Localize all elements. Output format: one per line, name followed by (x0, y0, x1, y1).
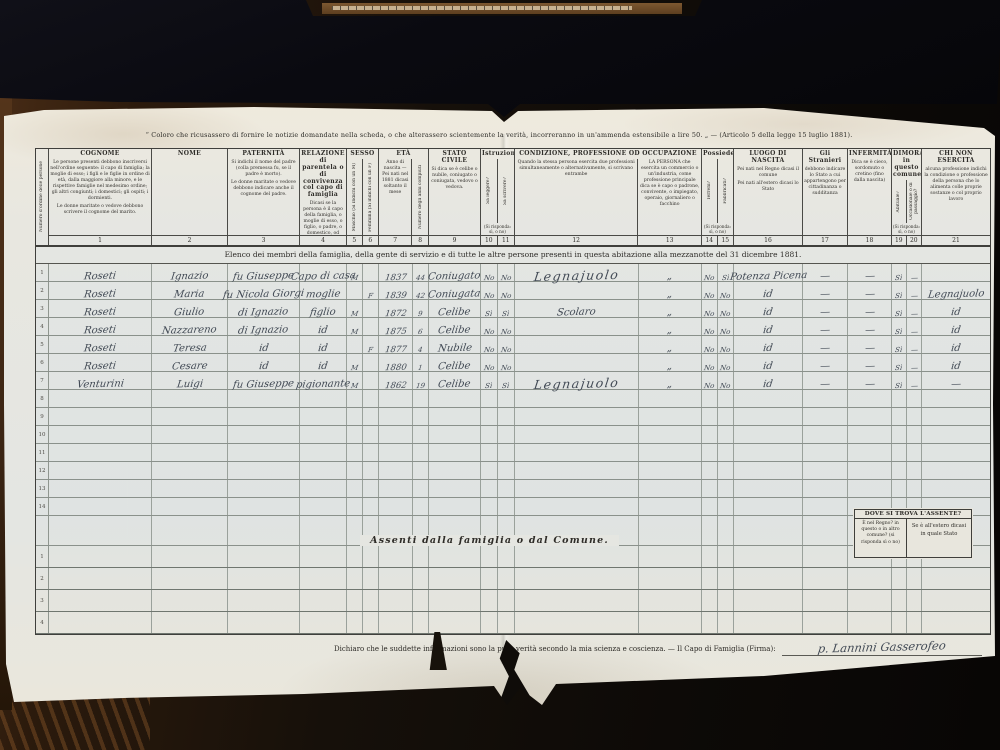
table-cell (515, 516, 639, 545)
header-sub-professione: Quando la stessa persona esercita due pr… (515, 159, 638, 235)
table-cell: id (922, 354, 990, 371)
handwritten-value: id (763, 380, 774, 390)
table-cell (363, 612, 379, 633)
table-cell (702, 590, 718, 611)
header-title: ETÀ (379, 149, 428, 159)
handwritten-value: Legnajuolo (533, 376, 620, 391)
handwritten-value: 4 (418, 347, 423, 354)
table-cell (702, 516, 718, 545)
handwritten-value: Legnajuolo (927, 289, 985, 300)
header-subrow: Abituale?Occasionale o di passaggio? (892, 180, 921, 223)
table-row: 7VenturiniLuigifu GiuseppepigionanteM186… (36, 372, 990, 390)
table-cell (515, 480, 639, 497)
header-note: Le donne maritate o vedove debbono indic… (228, 179, 299, 199)
table-cell: 44 (413, 264, 429, 281)
handwritten-value: M (350, 275, 358, 282)
header-column-number: 9 (429, 235, 480, 245)
table-cell (49, 516, 152, 545)
header-column-number: 4 (300, 235, 346, 245)
handwritten-value: „ (667, 362, 674, 372)
table-cell: id (922, 336, 990, 353)
handwritten-value: figlio (310, 308, 337, 319)
header-sub-anni-compiuti: Numero degli anni compiuti (412, 159, 428, 235)
table-cell (300, 444, 347, 461)
table-cell (498, 498, 515, 515)
header-subrow: Quando la stessa persona esercita due pr… (515, 159, 701, 235)
photographed-census-sheet: “ Coloro che ricusassero di fornire le n… (0, 0, 1000, 750)
table-cell: Sì (481, 372, 498, 389)
table-cell (498, 480, 515, 497)
table-cell (413, 408, 429, 425)
handwritten-value: — (864, 380, 875, 390)
table-cell: 19 (413, 372, 429, 389)
table-cell (429, 546, 481, 567)
table-cell (228, 426, 300, 443)
row-number: 12 (36, 462, 49, 479)
handwritten-value: 1877 (384, 345, 407, 354)
table-cell (515, 546, 639, 567)
table-cell (639, 444, 702, 461)
handwritten-value: Celibe (438, 308, 472, 319)
table-cell (639, 546, 702, 567)
handwritten-value: Sì (895, 347, 903, 354)
table-cell: 1877 (379, 336, 413, 353)
header-column-number: 5 (347, 236, 363, 245)
table-cell (803, 516, 848, 545)
table-cell (300, 390, 347, 407)
table-cell (922, 480, 990, 497)
table-cell (363, 408, 379, 425)
table-cell (803, 498, 848, 515)
table-cell (228, 516, 300, 545)
table-cell (152, 408, 228, 425)
table-cell (498, 426, 515, 443)
table-cell (515, 426, 639, 443)
handwritten-value: Sì (721, 275, 729, 282)
table-cell: F (363, 336, 379, 353)
table-cell (639, 516, 702, 545)
table-cell (363, 480, 379, 497)
handwritten-value: Roseti (83, 272, 116, 283)
table-cell (429, 568, 481, 589)
table-cell: No (702, 336, 718, 353)
header-answer-note: (Si risponda: sì, o no) (702, 223, 733, 235)
table-cell: — (922, 372, 990, 389)
table-cell (49, 408, 152, 425)
handwritten-value: — (864, 290, 875, 300)
table-cell (639, 426, 702, 443)
table-cell (922, 408, 990, 425)
table-cell (639, 408, 702, 425)
table-cell (379, 498, 413, 515)
table-cell (734, 408, 803, 425)
table-cell (515, 390, 639, 407)
table-cell (481, 546, 498, 567)
table-cell (300, 612, 347, 633)
table-cell: Sì (892, 354, 907, 371)
table-cell: id (922, 300, 990, 317)
table-cell: No (498, 282, 515, 299)
table-cell: No (718, 336, 734, 353)
table-cell: Nubile (429, 336, 481, 353)
table-cell: Celibe (429, 300, 481, 317)
declaration-line: Dichiaro che le suddette informazioni so… (334, 636, 982, 656)
table-cell (300, 590, 347, 611)
table-cell (481, 612, 498, 633)
table-cell: Venturini (49, 372, 152, 389)
table-row: 5RosetiTeresaididF18774NubileNoNo„NoNoid… (36, 336, 990, 354)
table-cell: Roseti (49, 354, 152, 371)
header-stranieri: Gli Stranieridebbono indicare lo Stato a… (803, 149, 848, 245)
table-cell (49, 612, 152, 633)
table-cell (49, 568, 152, 589)
header-answer-note: (Si risponda: sì, o no) (892, 223, 921, 235)
table-row: 4RosetiNazzarenodi IgnazioidM18756Celibe… (36, 318, 990, 336)
table-cell (363, 390, 379, 407)
table-cell: pigionante (300, 372, 347, 389)
handwritten-value: „ (667, 326, 674, 336)
row-number: 6 (36, 354, 49, 371)
table-cell (922, 462, 990, 479)
table-cell: Roseti (49, 282, 152, 299)
header-title: Possiede (702, 149, 733, 159)
handwritten-value: id (258, 362, 269, 372)
ruler-object (322, 3, 682, 14)
table-cell (515, 318, 639, 335)
table-cell (300, 480, 347, 497)
table-cell (363, 372, 379, 389)
table-cell: — (907, 282, 922, 299)
table-cell (347, 516, 363, 545)
handwritten-value: 1837 (384, 273, 407, 282)
header-subrow: Terreni?Fabbricati? (702, 159, 733, 223)
header-sub-label: Anno di nascita — Pei nati nel 1881 dica… (379, 159, 411, 235)
table-cell: — (803, 300, 848, 317)
table-row: 6RosetiCesareididM18801CelibeNoNo„NoNoid… (36, 354, 990, 372)
table-cell: Roseti (49, 264, 152, 281)
table-cell (49, 444, 152, 461)
handwritten-value: — (864, 344, 875, 354)
table-cell: Sì (892, 300, 907, 317)
table-cell: No (702, 300, 718, 317)
table-cell (228, 480, 300, 497)
table-cell (481, 480, 498, 497)
table-cell (498, 612, 515, 633)
table-cell (515, 336, 639, 353)
table-cell (152, 390, 228, 407)
table-cell: Sì (498, 300, 515, 317)
header-title: LUOGO DI NASCITA (734, 149, 802, 166)
handwritten-value: Celibe (438, 362, 472, 373)
handwritten-value: — (864, 326, 875, 336)
table-cell (639, 480, 702, 497)
table-row: 9 (36, 408, 990, 426)
table-cell (363, 498, 379, 515)
table-cell (481, 426, 498, 443)
table-cell (413, 480, 429, 497)
header-possiede: PossiedeTerreni?Fabbricati?(Si risponda:… (702, 149, 734, 245)
handwritten-value: pigionante (295, 379, 351, 390)
table-cell: No (702, 372, 718, 389)
row-number: 5 (36, 336, 49, 353)
table-cell: 1837 (379, 264, 413, 281)
table-cell: Roseti (49, 336, 152, 353)
header-sub-label: Terreni? (707, 181, 712, 200)
table-cell (718, 590, 734, 611)
table-cell: No (718, 372, 734, 389)
header-column-number: 21 (922, 235, 990, 245)
header-condizione: CONDIZIONE, PROFESSIONE OD OCCUPAZIONEQu… (515, 149, 702, 245)
handwritten-value: 1872 (384, 309, 407, 318)
header-note: Dicasi se la persona è il capo della fam… (300, 200, 346, 235)
table-cell: — (848, 282, 892, 299)
header-subrow: Anno di nascita — Pei nati nel 1881 dica… (379, 159, 428, 235)
table-cell (363, 590, 379, 611)
header-stato-civile: STATO CIVILESi dica se è celibe o nubile… (429, 149, 481, 245)
header-number-row: 1011 (481, 235, 514, 245)
table-cell (49, 426, 152, 443)
table-cell (347, 462, 363, 479)
table-cell (702, 390, 718, 407)
row-number: 3 (36, 590, 49, 611)
table-cell: di Ignazio (228, 300, 300, 317)
table-cell: 6 (413, 318, 429, 335)
row-number: 9 (36, 408, 49, 425)
table-cell (152, 498, 228, 515)
table-cell: id (922, 318, 990, 335)
table-cell (922, 390, 990, 407)
table-cell (922, 444, 990, 461)
row-number: 4 (36, 318, 49, 335)
handwritten-value: Celibe (438, 380, 472, 391)
table-cell (734, 426, 803, 443)
header-nome: NOME2 (152, 149, 228, 245)
table-cell (702, 568, 718, 589)
table-row: 1 (36, 546, 990, 568)
row-number: 1 (36, 546, 49, 567)
header-sub-label: Quando la stessa persona esercita due pr… (515, 159, 637, 235)
table-cell (498, 462, 515, 479)
table-cell (481, 408, 498, 425)
table-cell: Sì (892, 372, 907, 389)
header-column-number: 6 (363, 236, 378, 245)
handwritten-value: Giulio (174, 308, 205, 319)
handwritten-value: Sì (502, 311, 510, 318)
table-cell (413, 568, 429, 589)
handwritten-value: — (864, 308, 875, 318)
row-number: 14 (36, 498, 49, 515)
table-cell: Roseti (49, 300, 152, 317)
table-cell: Sì (892, 264, 907, 281)
table-cell (49, 498, 152, 515)
table-cell: Celibe (429, 372, 481, 389)
header-sub-maschio: Maschio (Si indichi con un M) (347, 159, 363, 235)
table-cell (228, 408, 300, 425)
table-cell (413, 498, 429, 515)
table-cell (515, 568, 639, 589)
table-cell: Legnajuolo (515, 372, 639, 389)
handwritten-value: id (763, 308, 774, 318)
header-column-number: 18 (848, 235, 891, 245)
row-number (36, 516, 49, 545)
table-cell: — (848, 354, 892, 371)
header-title: RELAZIONE di parentela o di convivenza c… (300, 149, 346, 200)
table-cell (734, 480, 803, 497)
table-cell (347, 390, 363, 407)
table-cell (363, 426, 379, 443)
table-cell: — (848, 372, 892, 389)
handwritten-value: 1875 (384, 327, 407, 336)
table-row: 1RosetiIgnaziofu GiuseppeCapo di casaM18… (36, 264, 990, 282)
handwritten-value: 9 (418, 311, 423, 318)
table-cell (228, 498, 300, 515)
table-cell: „ (639, 372, 702, 389)
header-column-number: 10 (481, 236, 498, 245)
table-cell: Sì (892, 318, 907, 335)
table-cell (152, 568, 228, 589)
handwritten-value: — (910, 311, 918, 318)
handwritten-value: Sì (895, 365, 903, 372)
table-cell (300, 516, 347, 545)
table-cell: Teresa (152, 336, 228, 353)
handwritten-value: Sì (895, 293, 903, 300)
table-cell (639, 590, 702, 611)
census-table: Numero d'ordine delle personeCOGNOMELe p… (35, 148, 991, 635)
header-subrow: Sa leggere?Sa scrivere? (481, 159, 514, 223)
table-row: 8 (36, 390, 990, 408)
table-cell: — (907, 354, 922, 371)
handwritten-value: M (350, 311, 358, 318)
table-cell: 1880 (379, 354, 413, 371)
table-cell: „ (639, 300, 702, 317)
header-title: NOME (152, 149, 227, 159)
table-cell (481, 444, 498, 461)
handwritten-value: moglie (305, 290, 341, 301)
table-cell (718, 516, 734, 545)
handwritten-value: id (318, 362, 329, 372)
handwritten-value: id (951, 362, 962, 372)
table-cell (49, 480, 152, 497)
header-number-row: 1213 (515, 235, 701, 245)
table-cell (413, 444, 429, 461)
header-sub-label: Sa scrivere? (503, 177, 508, 205)
header-title: Istruzione (481, 149, 514, 159)
header-column-number: 8 (412, 236, 428, 245)
absent-box-right-note: Se è all'estero dicasi in quale Stato (907, 519, 971, 557)
table-cell (413, 612, 429, 633)
table-cell: No (702, 354, 718, 371)
table-cell (49, 462, 152, 479)
handwritten-value: Coniugato (428, 271, 482, 282)
table-cell: Sì (892, 336, 907, 353)
table-cell (892, 408, 907, 425)
table-cell (907, 480, 922, 497)
table-cell (718, 408, 734, 425)
handwritten-value: — (910, 293, 918, 300)
table-cell (481, 516, 498, 545)
table-cell (702, 462, 718, 479)
table-cell (363, 300, 379, 317)
absent-location-box: DOVE SI TROVA L'ASSENTE? È nel Regno? in… (854, 509, 972, 558)
table-cell: Scolaro (515, 300, 639, 317)
table-cell (515, 354, 639, 371)
table-cell: Maria (152, 282, 228, 299)
header-title: COGNOME (49, 149, 151, 159)
table-cell: No (498, 318, 515, 335)
table-cell: No (718, 282, 734, 299)
table-cell (718, 390, 734, 407)
handwritten-value: id (951, 344, 962, 354)
header-column-number: 7 (379, 236, 412, 245)
header-title: DIMORA in questo comune (892, 149, 921, 180)
table-cell: id (300, 336, 347, 353)
handwritten-value: — (819, 380, 830, 390)
table-cell (907, 444, 922, 461)
handwritten-value: 1880 (384, 363, 407, 372)
table-cell: figlio (300, 300, 347, 317)
table-cell (702, 480, 718, 497)
table-cell: „ (639, 282, 702, 299)
handwritten-value: M (350, 383, 358, 390)
table-cell (803, 408, 848, 425)
table-cell: Sì (481, 300, 498, 317)
table-cell (803, 426, 848, 443)
table-row: 11 (36, 444, 990, 462)
handwritten-value: Sì (485, 383, 493, 390)
table-cell (639, 612, 702, 633)
table-cell (481, 568, 498, 589)
handwritten-value: Cesare (171, 362, 208, 373)
table-cell: 1875 (379, 318, 413, 335)
handwritten-value: „ (667, 290, 674, 300)
header-subrow: Maschio (Si indichi con un M)Femmina (Si… (347, 159, 378, 235)
header-cognome: COGNOMELe persone presenti debbono inscr… (49, 149, 152, 245)
handwritten-value: Sì (895, 383, 903, 390)
table-cell: 1872 (379, 300, 413, 317)
table-cell (379, 516, 413, 545)
handwritten-value: Legnajuolo (533, 268, 620, 283)
table-cell (413, 426, 429, 443)
table-cell (892, 480, 907, 497)
table-cell (718, 426, 734, 443)
table-cell: Cesare (152, 354, 228, 371)
handwritten-value: Teresa (172, 344, 207, 355)
table-cell (347, 282, 363, 299)
table-cell (347, 590, 363, 611)
table-cell (848, 568, 892, 589)
handwritten-value: Roseti (83, 326, 116, 337)
table-cell: No (481, 318, 498, 335)
table-cell (228, 568, 300, 589)
row-number: 3 (36, 300, 49, 317)
table-cell (907, 590, 922, 611)
table-cell: No (718, 318, 734, 335)
table-row (36, 516, 990, 546)
handwritten-value: Nazzareno (162, 325, 218, 336)
table-cell (907, 408, 922, 425)
table-cell (734, 612, 803, 633)
table-cell (429, 444, 481, 461)
table-row: 12 (36, 462, 990, 480)
table-cell (152, 444, 228, 461)
table-cell: Luigi (152, 372, 228, 389)
handwritten-value: Sì (895, 329, 903, 336)
handwritten-value: F (368, 293, 374, 300)
row-number: 2 (36, 282, 49, 299)
table-cell (429, 390, 481, 407)
header-column-number: 11 (498, 236, 514, 245)
row-number-header-label: Numero d'ordine delle persone (39, 161, 44, 232)
